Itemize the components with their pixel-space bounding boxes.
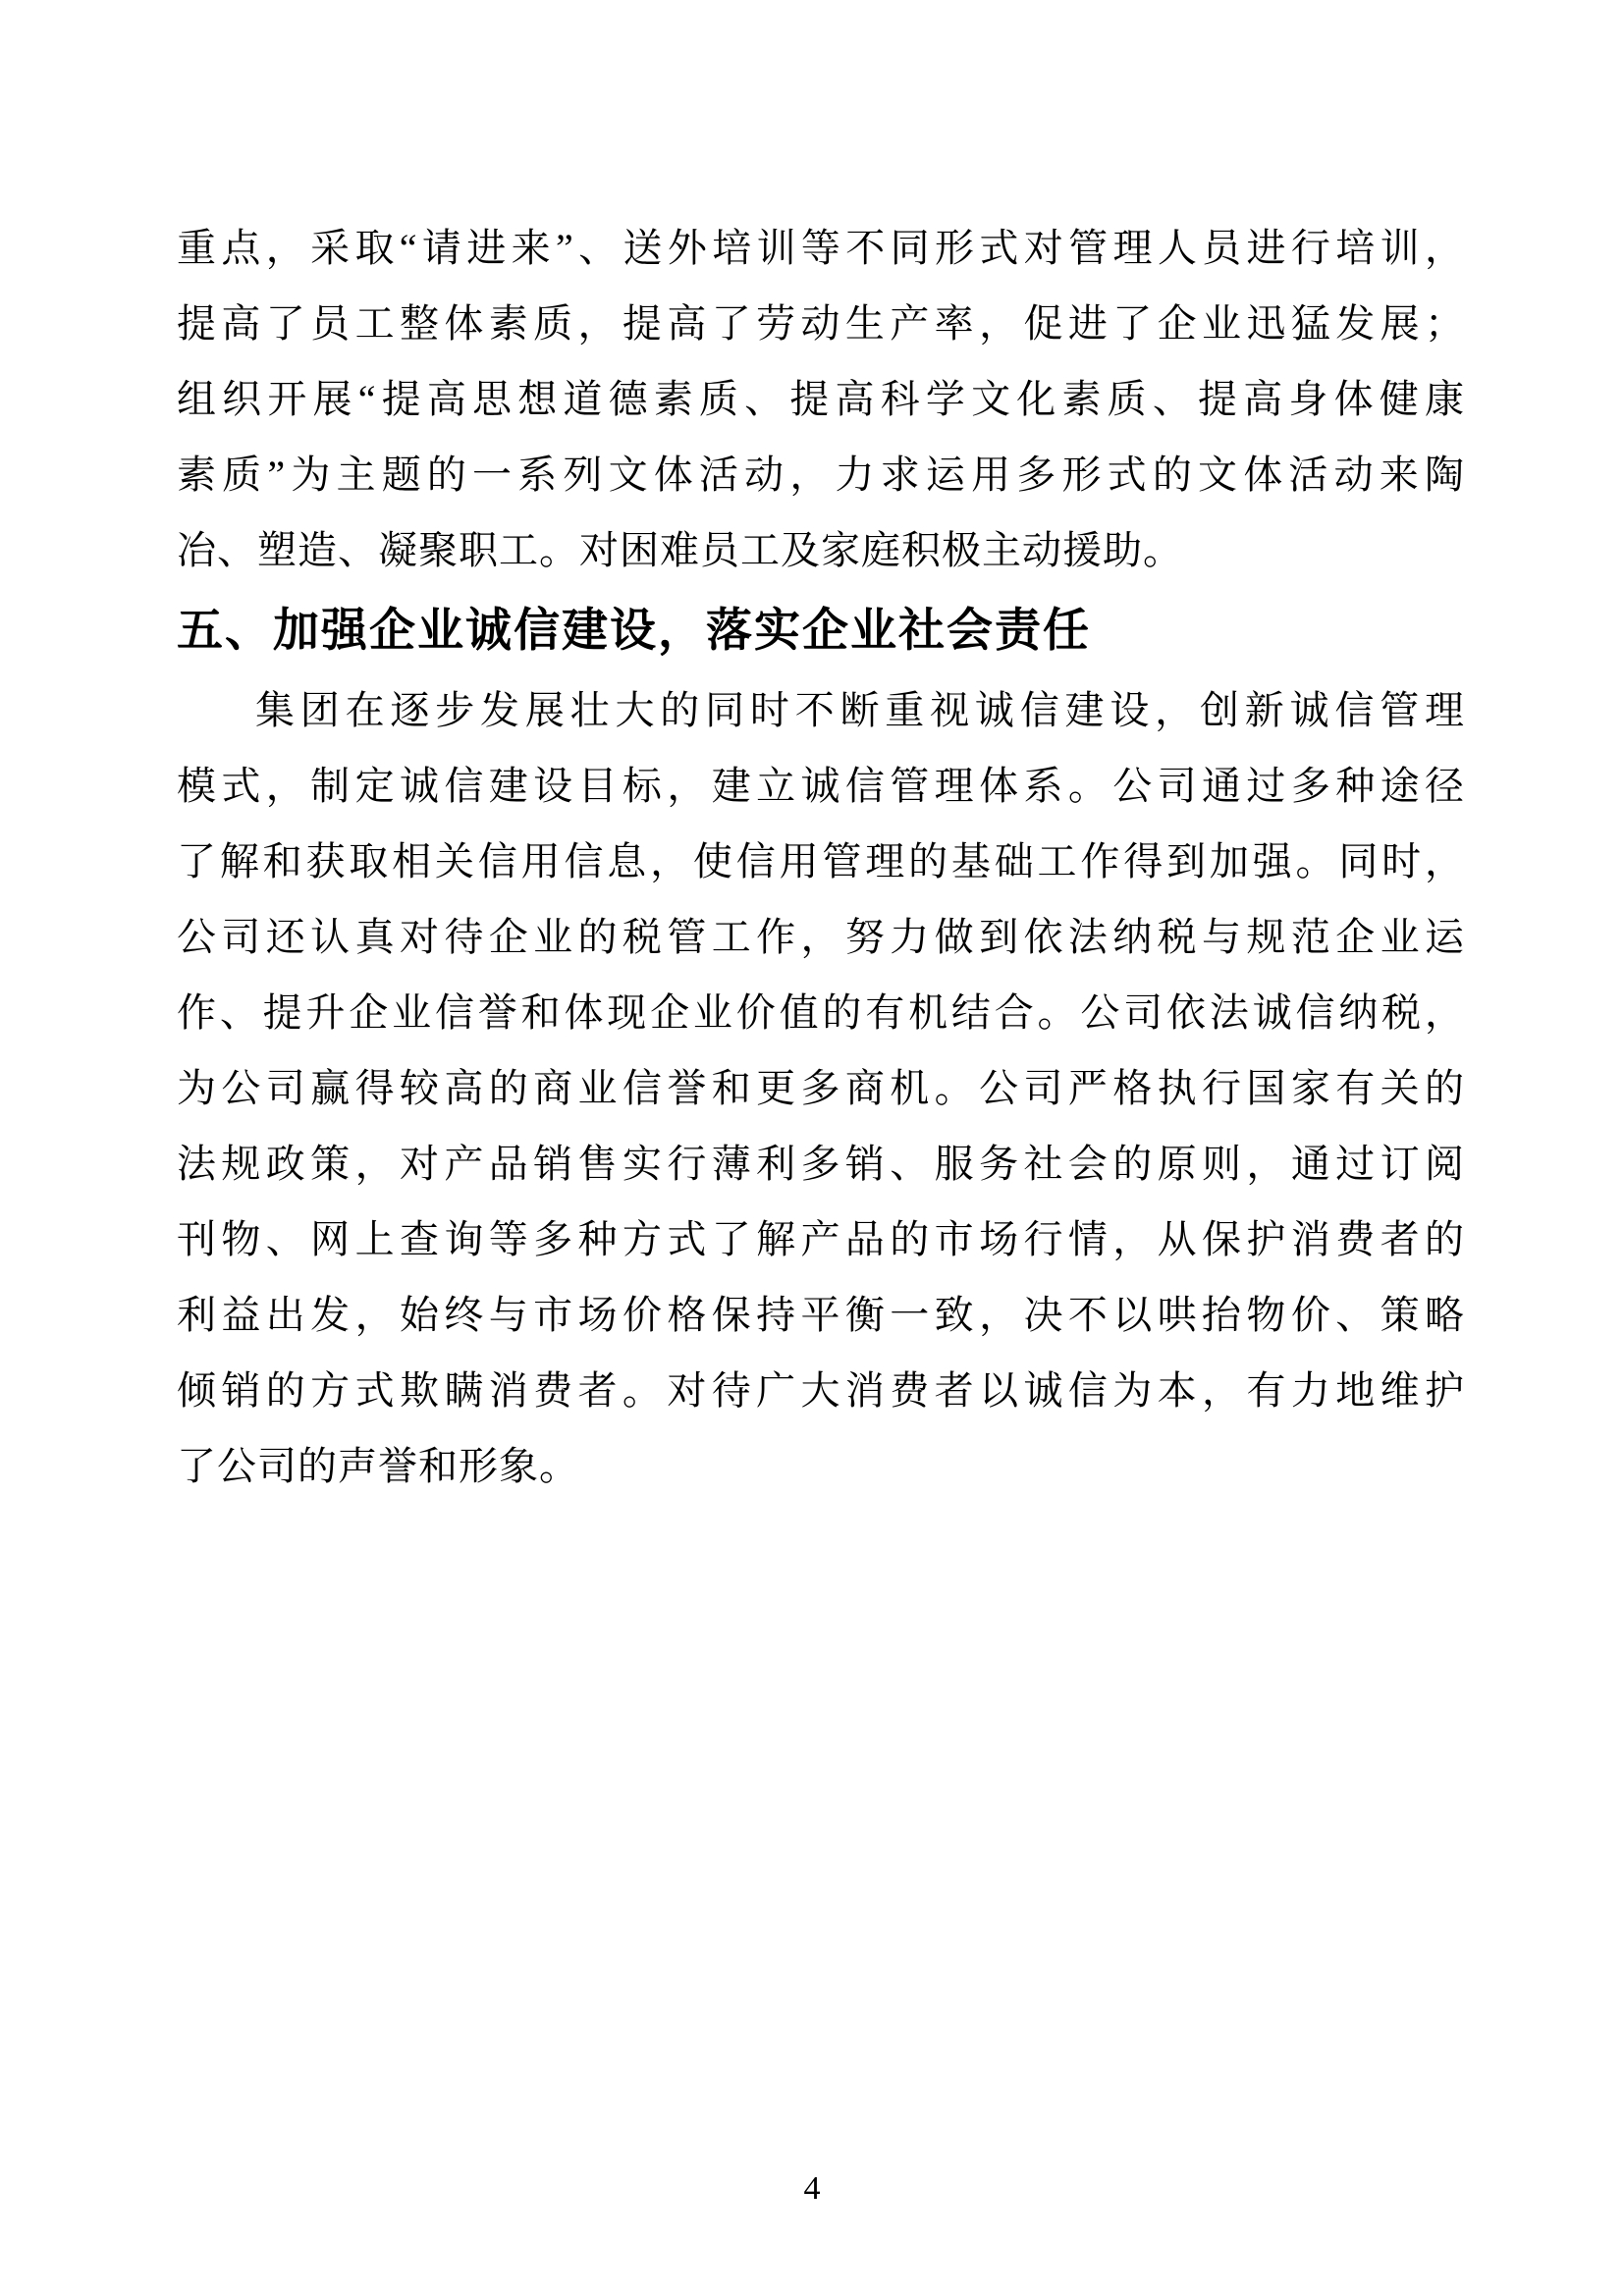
paragraph-line: 冶、塑造、凝聚职工。对困难员工及家庭积极主动援助。 [177,512,1465,588]
section-heading: 五、加强企业诚信建设，落实企业社会责任 [177,588,1465,672]
document-page: 重点，采取“请进来”、送外培训等不同形式对管理人员进行培训， 提高了员工整体素质… [0,0,1624,2296]
paragraph-line: 公司还认真对待企业的税管工作，努力做到依法纳税与规范企业运 [177,899,1465,975]
paragraph-line: 了解和获取相关信用信息，使信用管理的基础工作得到加强。同时， [177,824,1465,899]
paragraph-line: 重点，采取“请进来”、送外培训等不同形式对管理人员进行培训， [177,210,1465,286]
paragraph-line: 利益出发，始终与市场价格保持平衡一致，决不以哄抬物价、策略 [177,1277,1465,1353]
paragraph-line: 为公司赢得较高的商业信誉和更多商机。公司严格执行国家有关的 [177,1050,1465,1126]
page-number: 4 [0,2163,1624,2215]
paragraph-line: 集团在逐步发展壮大的同时不断重视诚信建设，创新诚信管理 [177,672,1465,748]
paragraph-line: 组织开展“提高思想道德素质、提高科学文化素质、提高身体健康 [177,361,1465,437]
paragraph-line: 提高了员工整体素质，提高了劳动生产率，促进了企业迅猛发展； [177,286,1465,361]
paragraph-line: 模式，制定诚信建设目标，建立诚信管理体系。公司通过多种途径 [177,748,1465,824]
paragraph-line: 倾销的方式欺瞒消费者。对待广大消费者以诚信为本，有力地维护 [177,1353,1465,1428]
paragraph-line: 作、提升企业信誉和体现企业价值的有机结合。公司依法诚信纳税， [177,975,1465,1050]
paragraph-line: 了公司的声誉和形象。 [177,1428,1465,1504]
paragraph-line: 刊物、网上查询等多种方式了解产品的市场行情，从保护消费者的 [177,1201,1465,1277]
page-content: 重点，采取“请进来”、送外培训等不同形式对管理人员进行培训， 提高了员工整体素质… [177,210,1465,1504]
paragraph-line: 法规政策，对产品销售实行薄利多销、服务社会的原则，通过订阅 [177,1126,1465,1201]
paragraph-line: 素质”为主题的一系列文体活动，力求运用多形式的文体活动来陶 [177,437,1465,512]
